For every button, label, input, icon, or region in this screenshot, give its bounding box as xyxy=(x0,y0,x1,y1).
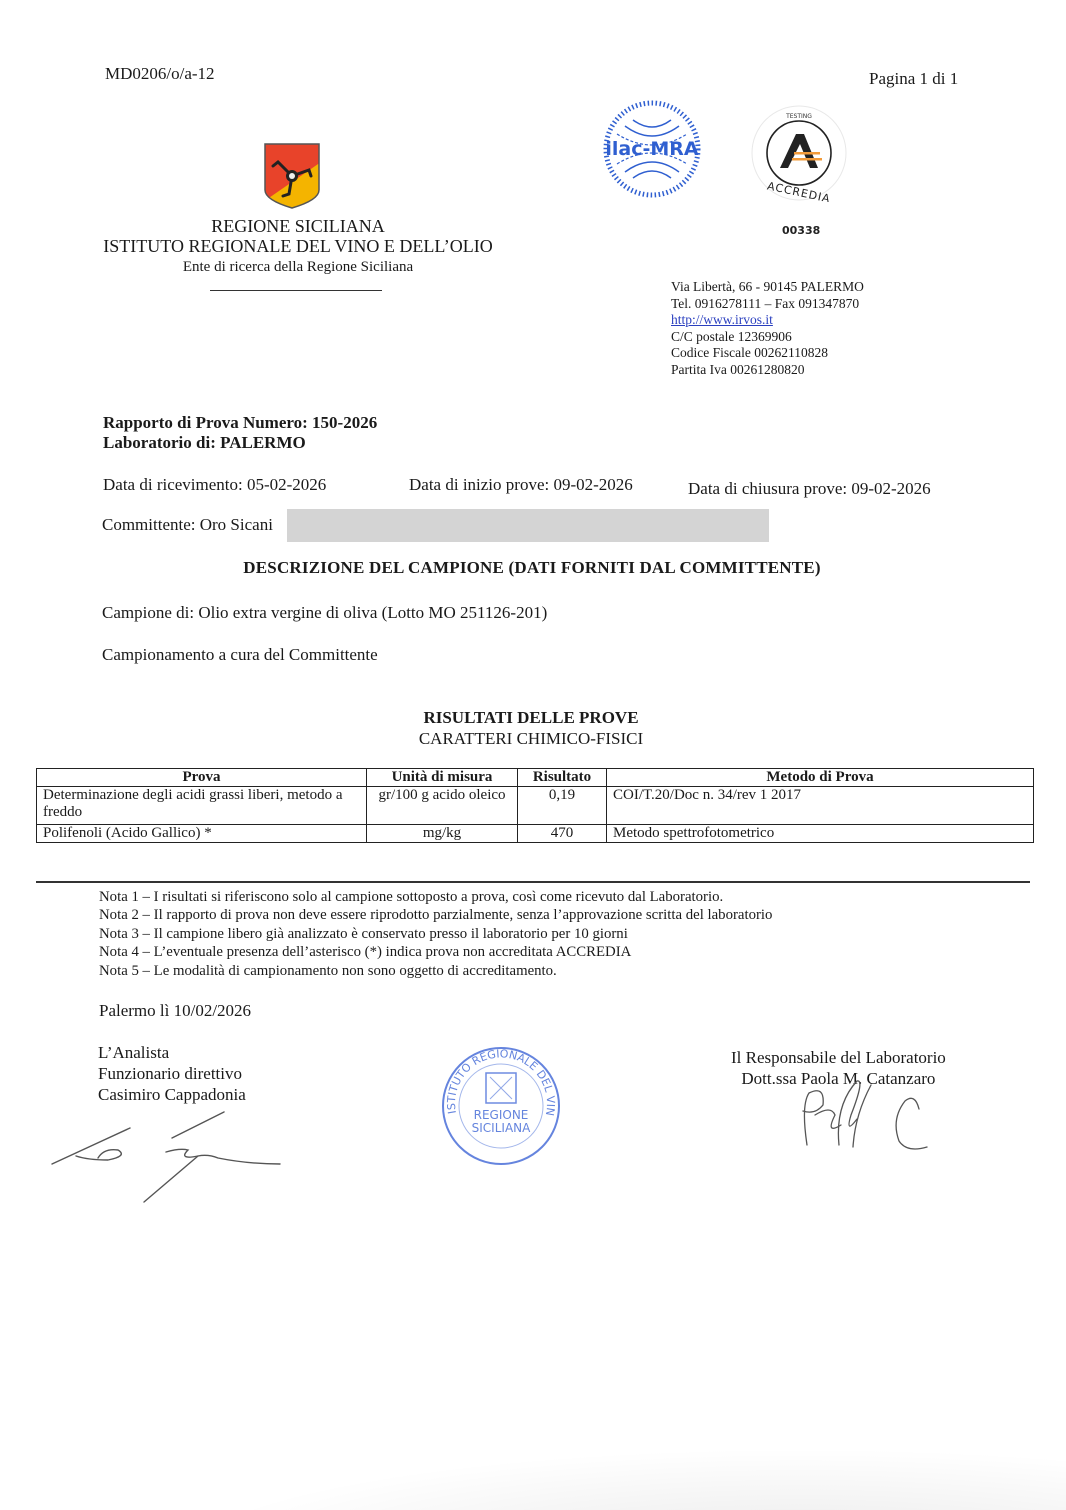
ilac-mra-logo-icon: ilac-MRA xyxy=(603,100,701,198)
analyst-title: Funzionario direttivo xyxy=(98,1063,246,1084)
results-subheading: CARATTERI CHIMICO-FISICI xyxy=(0,729,1062,749)
date-tests-end: Data di chiusura prove: 09-02-2026 xyxy=(688,479,931,499)
sicily-crest-icon xyxy=(263,142,321,210)
note-item: Nota 4 – L’eventuale presenza dell’aster… xyxy=(99,943,772,961)
date-received: Data di ricevimento: 05-02-2026 xyxy=(103,475,326,495)
institute-name: ISTITUTO REGIONALE DEL VINO E DELL’OLIO xyxy=(100,236,496,257)
column-header: Metodo di Prova xyxy=(607,769,1034,787)
notes-divider xyxy=(36,881,1030,883)
document-code: MD0206/o/a-12 xyxy=(105,64,215,84)
results-heading: RISULTATI DELLE PROVE xyxy=(0,708,1062,728)
contact-info: Via Libertà, 66 - 90145 PALERMO Tel. 091… xyxy=(671,279,864,379)
results-table: Prova Unità di misura Risultato Metodo d… xyxy=(36,768,1034,843)
sample-description-heading: DESCRIZIONE DEL CAMPIONE (DATI FORNITI D… xyxy=(0,558,1066,578)
postal-account: C/C postale 12369906 xyxy=(671,329,864,346)
laboratory: Laboratorio di: PALERMO xyxy=(103,433,377,453)
sample-description: Campione di: Olio extra vergine di oliva… xyxy=(102,603,547,623)
website-link[interactable]: http://www.irvos.it xyxy=(671,312,773,327)
analyst-block: L’Analista Funzionario direttivo Casimir… xyxy=(98,1042,246,1105)
place-and-date: Palermo lì 10/02/2026 xyxy=(99,1001,251,1021)
accredia-logo-icon: TESTING ACCREDIA xyxy=(750,104,848,202)
svg-text:TESTING: TESTING xyxy=(785,113,812,120)
notes-list: Nota 1 – I risultati si riferiscono solo… xyxy=(99,888,772,980)
cell-unit: gr/100 g acido oleico xyxy=(367,787,518,825)
analyst-name: Casimiro Cappadonia xyxy=(98,1084,246,1105)
svg-text:SICILIANA: SICILIANA xyxy=(472,1121,531,1135)
accreditation-number: 00338 xyxy=(782,224,820,237)
table-row: Polifenoli (Acido Gallico) * mg/kg 470 M… xyxy=(37,825,1034,843)
manager-role: Il Responsabile del Laboratorio xyxy=(731,1047,946,1068)
organization-header: REGIONE SICILIANA ISTITUTO REGIONALE DEL… xyxy=(100,216,496,278)
table-header-row: Prova Unità di misura Risultato Metodo d… xyxy=(37,769,1034,787)
cell-method: Metodo spettrofotometrico xyxy=(607,825,1034,843)
column-header: Prova xyxy=(37,769,367,787)
phone-fax: Tel. 0916278111 – Fax 091347870 xyxy=(671,296,864,313)
client: Committente: Oro Sicani xyxy=(102,515,273,535)
cell-test: Determinazione degli acidi grassi liberi… xyxy=(37,787,367,825)
vat-number: Partita Iva 00261280820 xyxy=(671,362,864,379)
date-tests-start: Data di inizio prove: 09-02-2026 xyxy=(409,475,633,495)
manager-signature-icon xyxy=(795,1075,935,1160)
svg-text:ilac-MRA: ilac-MRA xyxy=(605,138,699,160)
cell-result: 470 xyxy=(518,825,607,843)
report-title: Rapporto di Prova Numero: 150-2026 Labor… xyxy=(103,413,377,453)
analyst-role: L’Analista xyxy=(98,1042,246,1063)
cell-method: COI/T.20/Doc n. 34/rev 1 2017 xyxy=(607,787,1034,825)
report-number: Rapporto di Prova Numero: 150-2026 xyxy=(103,413,377,433)
note-item: Nota 5 – Le modalità di campionamento no… xyxy=(99,962,772,980)
cell-result: 0,19 xyxy=(518,787,607,825)
redacted-area xyxy=(287,509,769,542)
note-item: Nota 2 – Il rapporto di prova non deve e… xyxy=(99,906,772,924)
cell-test: Polifenoli (Acido Gallico) * xyxy=(37,825,367,843)
svg-text:REGIONE: REGIONE xyxy=(474,1108,529,1122)
header-divider xyxy=(210,290,382,291)
column-header: Risultato xyxy=(518,769,607,787)
note-item: Nota 1 – I risultati si riferiscono solo… xyxy=(99,888,772,906)
region-name: REGIONE SICILIANA xyxy=(100,216,496,236)
svg-text:ISTITUTO REGIONALE DEL VINO E: ISTITUTO REGIONALE DEL VINO E DELL'OLIO xyxy=(438,1043,557,1117)
tax-code: Codice Fiscale 00262110828 xyxy=(671,345,864,362)
page-indicator: Pagina 1 di 1 xyxy=(869,69,958,89)
sampling-info: Campionamento a cura del Committente xyxy=(102,645,378,665)
column-header: Unità di misura xyxy=(367,769,518,787)
institute-subtitle: Ente di ricerca della Regione Siciliana xyxy=(100,257,496,278)
analyst-signature-icon xyxy=(48,1108,288,1208)
official-stamp-icon: ISTITUTO REGIONALE DEL VINO E DELL'OLIO … xyxy=(438,1043,564,1169)
note-item: Nota 3 – Il campione libero già analizza… xyxy=(99,925,772,943)
address: Via Libertà, 66 - 90145 PALERMO xyxy=(671,279,864,296)
table-row: Determinazione degli acidi grassi liberi… xyxy=(37,787,1034,825)
cell-unit: mg/kg xyxy=(367,825,518,843)
